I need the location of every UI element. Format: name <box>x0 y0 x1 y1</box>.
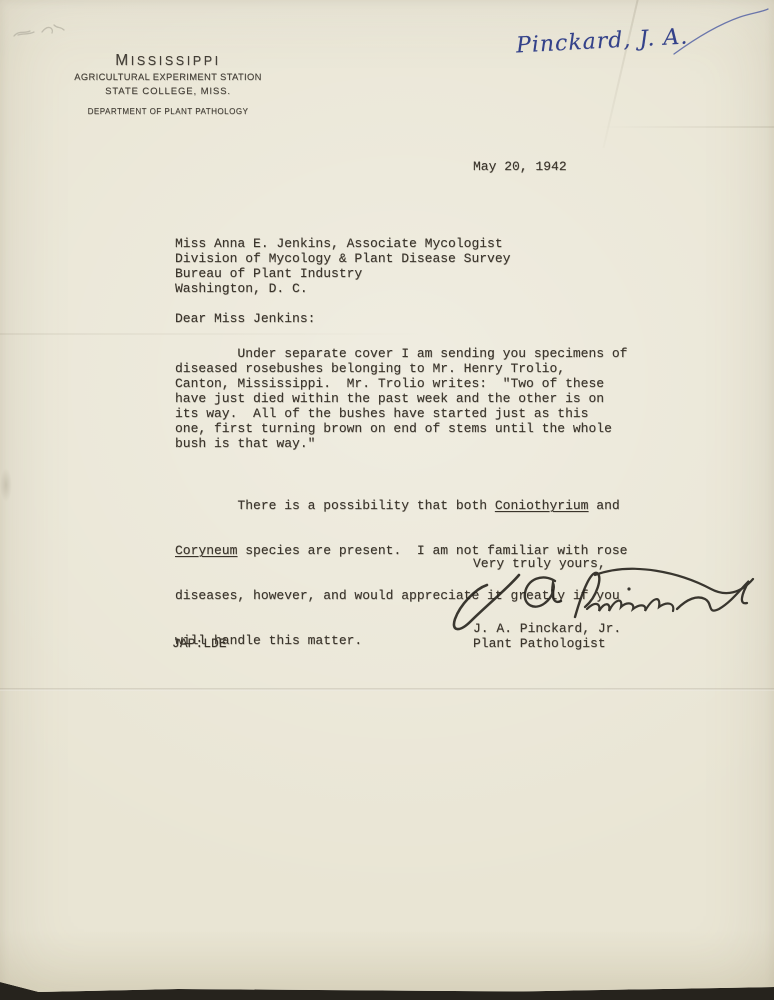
fold-crease <box>0 688 774 691</box>
paper-smudge <box>0 468 12 502</box>
signer-typed-name: J. A. Pinckard, Jr. <box>473 621 621 636</box>
handwritten-filing-annotation: Pinckard, J. A. <box>515 25 688 59</box>
paper-crease <box>598 126 774 128</box>
underlined-genus-coryneum: Coryneum <box>175 543 237 558</box>
body-line: There is a possibility that both Conioth… <box>175 498 628 513</box>
letterhead-department: DEPARTMENT OF PLANT PATHOLOGY <box>35 107 301 116</box>
letterhead-state: MISSISSIPPI <box>35 52 301 70</box>
letterhead-institution: AGRICULTURAL EXPERIMENT STATION <box>35 72 301 82</box>
date-line: May 20, 1942 <box>473 159 567 174</box>
underlined-genus-coniothyrium: Coniothyrium <box>495 498 589 513</box>
letter-paper: MISSISSIPPI AGRICULTURAL EXPERIMENT STAT… <box>0 0 774 1000</box>
letterhead-location: STATE COLLEGE, MISS. <box>35 86 301 97</box>
salutation: Dear Miss Jenkins: <box>175 311 315 326</box>
letterhead: MISSISSIPPI AGRICULTURAL EXPERIMENT STAT… <box>35 0 301 130</box>
body-text-segment: There is a possibility that both <box>175 498 495 513</box>
body-text-segment: and <box>588 498 619 513</box>
signer-title: Plant Pathologist <box>473 636 606 651</box>
paper-crease <box>0 333 430 335</box>
recipient-address: Miss Anna E. Jenkins, Associate Mycologi… <box>175 236 510 296</box>
paper-crease <box>602 0 639 148</box>
scanned-letter-page: MISSISSIPPI AGRICULTURAL EXPERIMENT STAT… <box>0 0 774 1000</box>
typist-reference-initials: JAP:LDE <box>172 636 227 651</box>
annotation-flourish-stroke <box>670 4 772 58</box>
body-paragraph-1: Under separate cover I am sending you sp… <box>175 346 627 451</box>
